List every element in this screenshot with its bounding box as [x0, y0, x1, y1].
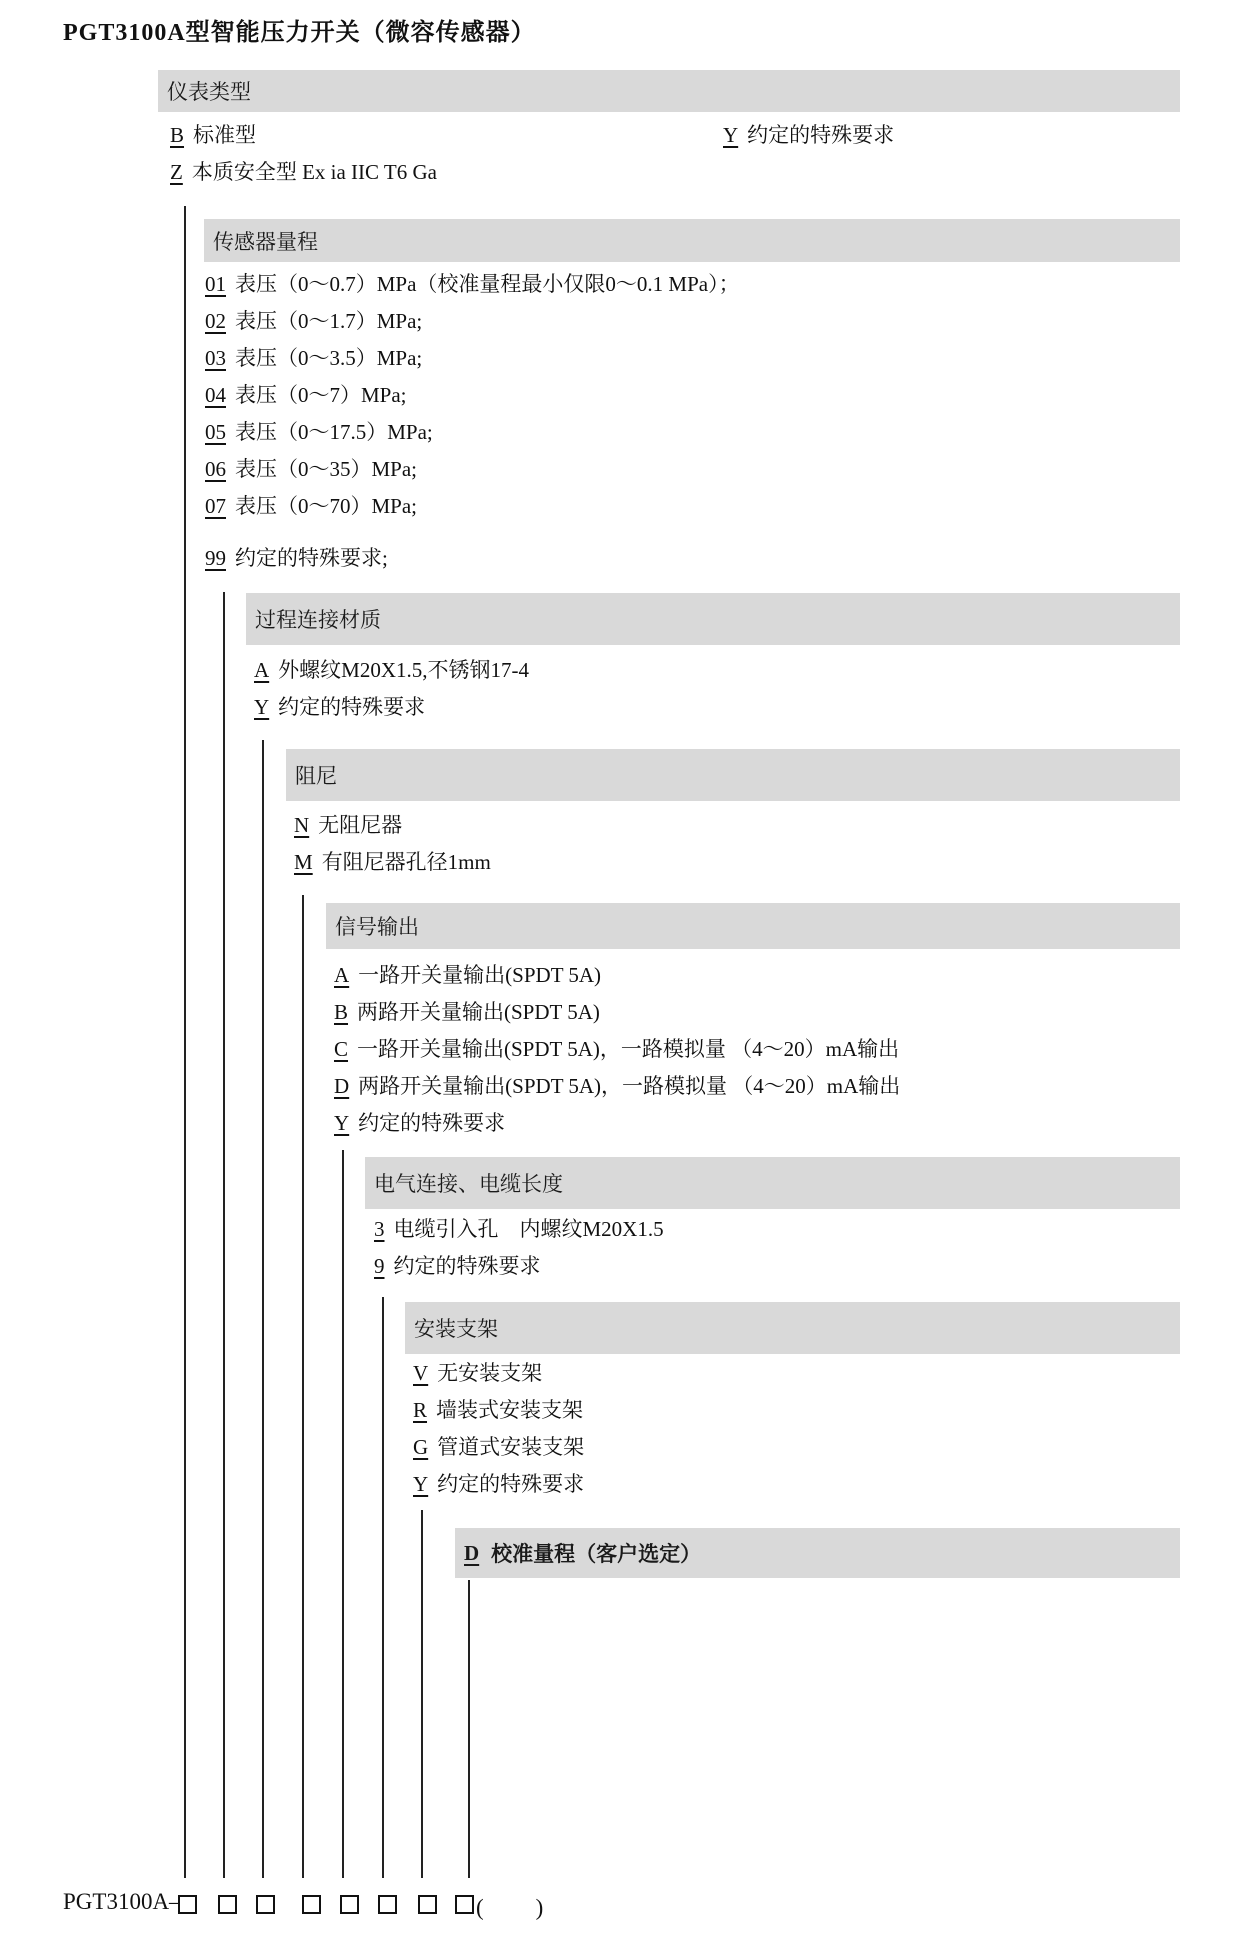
option-list-signal-output: A一路开关量输出(SPDT 5A)B两路开关量输出(SPDT 5A)C一路开关量…	[334, 957, 900, 1142]
option-row: Y约定的特殊要求	[254, 689, 529, 726]
option-code: Y	[413, 1472, 428, 1496]
model-code-box	[218, 1895, 237, 1914]
option-row: 01表压（0～0.7）MPa（校准量程最小仅限0～0.1 MPa）；	[205, 266, 740, 303]
option-row: 03表压（0～3.5）MPa;	[205, 340, 740, 377]
option-label: 表压（0～17.5）MPa;	[235, 420, 433, 444]
option-label: 两路开关量输出(SPDT 5A)	[357, 1000, 600, 1024]
option-label: 表压（0～3.5）MPa;	[235, 346, 422, 370]
option-code: D	[334, 1074, 349, 1098]
option-row: 3电缆引入孔 内螺纹M20X1.5	[374, 1211, 664, 1248]
connector-line-1	[184, 206, 186, 1878]
section-title: 校准量程（客户选定）	[491, 1538, 701, 1568]
section-header-instrument-type: 仪表类型	[158, 70, 1180, 112]
option-list-sensor-range: 01表压（0～0.7）MPa（校准量程最小仅限0～0.1 MPa）；02表压（0…	[205, 266, 740, 577]
section-header-sensor-range: 传感器量程	[204, 219, 1180, 262]
option-list-process-connection: A外螺纹M20X1.5,不锈钢17-4Y约定的特殊要求	[254, 652, 529, 726]
option-label: 本质安全型 Ex ia IIC T6 Ga	[192, 160, 437, 184]
option-row: 9约定的特殊要求	[374, 1248, 664, 1285]
model-code-box	[178, 1895, 197, 1914]
option-label: 外螺纹M20X1.5,不锈钢17-4	[278, 658, 529, 682]
option-label: 有阻尼器孔径1mm	[322, 850, 491, 874]
option-row: B标准型	[170, 117, 437, 154]
section-header-calibrated-range: D校准量程（客户选定）	[455, 1528, 1180, 1578]
section-title: 过程连接材质	[255, 604, 381, 634]
option-list-electrical-connection: 3电缆引入孔 内螺纹M20X1.59约定的特殊要求	[374, 1211, 664, 1285]
option-code: 3	[374, 1217, 385, 1241]
option-code: Y	[254, 695, 269, 719]
option-label: 无阻尼器	[318, 813, 402, 837]
section-title: 阻尼	[295, 760, 337, 790]
option-code: C	[334, 1037, 348, 1061]
option-label: 表压（0～70）MPa;	[235, 494, 417, 518]
option-row: 04表压（0～7）MPa;	[205, 377, 740, 414]
option-code: Z	[170, 160, 183, 184]
option-code: Y	[723, 123, 738, 147]
option-code: V	[413, 1361, 428, 1385]
option-label: 表压（0～7）MPa;	[235, 383, 407, 407]
option-label: 一路开关量输出(SPDT 5A)，一路模拟量 （4～20）mA输出	[357, 1037, 899, 1061]
section-title: 传感器量程	[213, 226, 318, 256]
section-header-mounting-bracket: 安装支架	[405, 1302, 1180, 1354]
option-row: D两路开关量输出(SPDT 5A)，一路模拟量 （4～20）mA输出	[334, 1068, 900, 1105]
option-code: 99	[205, 546, 226, 570]
connector-line-7	[421, 1510, 423, 1878]
option-code: Y	[334, 1111, 349, 1135]
option-label: 两路开关量输出(SPDT 5A)，一路模拟量 （4～20）mA输出	[358, 1074, 900, 1098]
section-title: 安装支架	[414, 1313, 498, 1343]
section-title: 仪表类型	[167, 76, 251, 106]
option-label: 约定的特殊要求	[278, 695, 425, 719]
option-label: 表压（0～1.7）MPa;	[235, 309, 422, 333]
option-row: C一路开关量输出(SPDT 5A)，一路模拟量 （4～20）mA输出	[334, 1031, 900, 1068]
option-row: Z本质安全型 Ex ia IIC T6 Ga	[170, 154, 437, 191]
section-header-signal-output: 信号输出	[326, 903, 1180, 949]
option-row: V无安装支架	[413, 1355, 584, 1392]
option-list-mounting-bracket: V无安装支架R墙装式安装支架G管道式安装支架Y约定的特殊要求	[413, 1355, 584, 1503]
option-code: 02	[205, 309, 226, 333]
section-header-process-connection-material: 过程连接材质	[246, 593, 1180, 645]
model-code-box	[455, 1895, 474, 1914]
option-code: D	[464, 1541, 479, 1566]
option-label: 墙装式安装支架	[436, 1398, 583, 1422]
option-label: 无安装支架	[437, 1361, 542, 1385]
option-row: 07表压（0～70）MPa;	[205, 488, 740, 525]
option-code: 07	[205, 494, 226, 518]
option-code: 01	[205, 272, 226, 296]
option-code: 05	[205, 420, 226, 444]
option-label: 约定的特殊要求	[394, 1254, 541, 1278]
connector-line-2	[223, 592, 225, 1878]
connector-line-8	[468, 1580, 470, 1878]
option-list-damping: N无阻尼器M有阻尼器孔径1mm	[294, 807, 491, 881]
connector-line-4	[302, 895, 304, 1878]
option-row-special-requirement: Y约定的特殊要求	[723, 117, 894, 154]
option-row: 06表压（0～35）MPa;	[205, 451, 740, 488]
option-row: Y约定的特殊要求	[334, 1105, 900, 1142]
option-row: M有阻尼器孔径1mm	[294, 844, 491, 881]
option-code: G	[413, 1435, 428, 1459]
option-label: 电缆引入孔 内螺纹M20X1.5	[394, 1217, 664, 1241]
option-code: B	[334, 1000, 348, 1024]
model-code-box	[378, 1895, 397, 1914]
option-label: 标准型	[193, 123, 256, 147]
option-row: A一路开关量输出(SPDT 5A)	[334, 957, 900, 994]
option-row: R墙装式安装支架	[413, 1392, 584, 1429]
option-row: 99约定的特殊要求;	[205, 540, 740, 577]
option-code: 9	[374, 1254, 385, 1278]
option-row: A外螺纹M20X1.5,不锈钢17-4	[254, 652, 529, 689]
option-label: 一路开关量输出(SPDT 5A)	[358, 963, 601, 987]
option-label: 表压（0～0.7）MPa（校准量程最小仅限0～0.1 MPa）；	[235, 272, 740, 296]
option-code: 06	[205, 457, 226, 481]
model-code-box	[418, 1895, 437, 1914]
option-label: 表压（0～35）MPa;	[235, 457, 417, 481]
section-title: 电气连接、电缆长度	[374, 1168, 563, 1198]
section-header-electrical-connection: 电气连接、电缆长度	[365, 1157, 1180, 1209]
connector-line-6	[382, 1297, 384, 1878]
model-code-box	[256, 1895, 275, 1914]
option-code: R	[413, 1398, 427, 1422]
option-label: 约定的特殊要求	[747, 123, 894, 147]
option-code: 03	[205, 346, 226, 370]
option-code: A	[254, 658, 269, 682]
connector-line-5	[342, 1150, 344, 1878]
option-row: Y约定的特殊要求	[413, 1466, 584, 1503]
option-label: 约定的特殊要求	[437, 1472, 584, 1496]
connector-line-3	[262, 740, 264, 1878]
option-label: 约定的特殊要求	[358, 1111, 505, 1135]
section-title: 信号输出	[335, 911, 419, 941]
option-label: 约定的特殊要求;	[235, 546, 388, 570]
section-header-damping: 阻尼	[286, 749, 1180, 801]
option-code: M	[294, 850, 313, 874]
page-title: PGT3100A型智能压力开关（微容传感器）	[63, 12, 536, 47]
model-code-box	[340, 1895, 359, 1914]
option-row: G管道式安装支架	[413, 1429, 584, 1466]
option-code: N	[294, 813, 309, 837]
option-label: 管道式安装支架	[437, 1435, 584, 1459]
model-code-suffix: ( )	[476, 1889, 545, 1922]
option-row: B两路开关量输出(SPDT 5A)	[334, 994, 900, 1031]
option-code: B	[170, 123, 184, 147]
option-row: 02表压（0～1.7）MPa;	[205, 303, 740, 340]
model-code-prefix: PGT3100A—	[63, 1889, 192, 1915]
option-row: N无阻尼器	[294, 807, 491, 844]
option-code: 04	[205, 383, 226, 407]
option-list-instrument-type: B标准型Z本质安全型 Ex ia IIC T6 Ga	[170, 117, 437, 191]
option-code: A	[334, 963, 349, 987]
option-row: 05表压（0～17.5）MPa;	[205, 414, 740, 451]
model-code-box	[302, 1895, 321, 1914]
